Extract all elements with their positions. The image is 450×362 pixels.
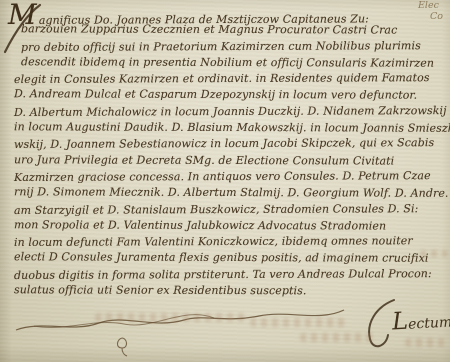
manuscript-text: Magnificus Do. Joannes Plaza de Msztijcz… [14,6,450,299]
ink-bleed-ghost [405,338,447,347]
ink-bleed-ghost [300,333,375,342]
manuscript-line: pro debito officij sui in Praetorium Kaz… [21,38,450,56]
manuscript-line: electi D Consules Juramenta flexis genib… [14,250,450,268]
closing-word: Lectum [391,304,450,335]
margin-note-line: Elec [418,0,450,11]
margin-note-line: Co [430,11,450,22]
pen-flourish-icon [4,296,354,360]
manuscript-page: Magnificus Do. Joannes Plaza de Msztijcz… [0,0,450,362]
manuscript-line: am Starzyigil et D. Stanislaum Buszkowic… [14,201,450,219]
manuscript-line: wskij, D. Joannem Sebestianowicz in locu… [14,135,450,153]
ink-bleed-ghost [250,318,345,327]
manuscript-line: mon Sropolia et D. Valentinus Jalubkowic… [14,217,450,235]
manuscript-line: descendit ibidemq in presentia Nobilium … [21,54,450,72]
manuscript-line: duobus digitis in forma solita prstiteru… [14,266,450,284]
manuscript-line: rnij D. Simonem Miecznik. D. Albertum St… [14,185,450,203]
manuscript-line: D. Albertum Michalowicz in locum Joannis… [14,103,450,121]
manuscript-line: sulatus officia uti Senior ex Residentib… [14,282,450,300]
manuscript-line: uro Jura Privilegia et Decreta SMg. de E… [14,152,450,170]
manuscript-line: D. Andream Dulcal et Casparum Dzepozynsk… [14,87,450,105]
manuscript-line: barzouien Zupparius Czecznien et Magnus … [21,22,450,40]
margin-note: Elec Co [418,0,450,22]
ink-bleed-ghost [95,313,245,322]
